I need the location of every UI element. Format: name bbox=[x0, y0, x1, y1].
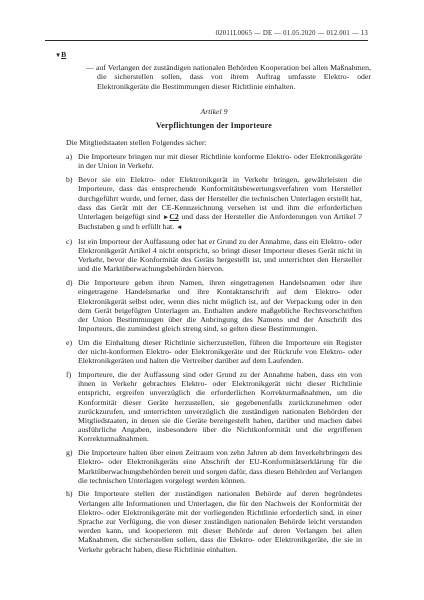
list-item-a: a)Die Importeure bringen nur mit dieser … bbox=[66, 152, 362, 170]
list-item-g: g)Die Importeure halten über einen Zeitr… bbox=[66, 448, 362, 485]
list-item-b: b)Bevor sie ein Elektro- oder Elektronik… bbox=[66, 175, 362, 232]
list-item-c: c)Ist ein Importeur der Auffassung oder … bbox=[66, 237, 362, 274]
b-marker-label: B bbox=[61, 50, 66, 59]
page-header-rule: 02011L0065 — DE — 01.05.2020 — 012.001 —… bbox=[45, 30, 368, 41]
document-page: 02011L0065 — DE — 01.05.2020 — 012.001 —… bbox=[0, 0, 424, 600]
item-text: Die Importeure bringen nur mit dieser Ri… bbox=[78, 152, 362, 170]
item-letter: c) bbox=[66, 237, 72, 246]
list-item-d: d)Die Importeure geben ihren Namen, ihre… bbox=[66, 278, 362, 333]
article-body: Die Mitgliedstaaten stellen Folgendes si… bbox=[66, 138, 362, 554]
dash-bullet: — bbox=[86, 63, 94, 72]
item-letter: d) bbox=[66, 278, 73, 287]
article-number: Artikel 9 bbox=[66, 107, 362, 116]
list-item-e: e)Um die Einhaltung dieser Richtlinie si… bbox=[66, 338, 362, 366]
triangle-down-icon: ▼ bbox=[55, 52, 61, 59]
item-letter: g) bbox=[66, 448, 73, 457]
page-header-text: 02011L0065 — DE — 01.05.2020 — 012.001 —… bbox=[216, 30, 368, 37]
correction-close-icon: ◄ bbox=[176, 224, 182, 231]
b-version-marker: ▼B bbox=[55, 50, 66, 59]
list-item-f: f)Importeure, die der Auffassung sind od… bbox=[66, 370, 362, 444]
item-letter: h) bbox=[66, 489, 73, 498]
correction-code: C2 bbox=[169, 212, 179, 221]
item-text: Importeure, die der Auffassung sind oder… bbox=[78, 370, 362, 443]
item-letter: a) bbox=[66, 152, 72, 161]
item-letter: f) bbox=[66, 370, 71, 379]
continuation-text: auf Verlangen der zuständigen nationalen… bbox=[96, 63, 371, 91]
item-text: Die Importeure geben ihren Namen, ihren … bbox=[78, 278, 362, 333]
item-text: Ist ein Importeur der Auffassung oder ha… bbox=[78, 237, 362, 274]
item-text: Die Importeure halten über einen Zeitrau… bbox=[78, 448, 362, 485]
list-item-h: h)Die Importeure stellen der zuständigen… bbox=[66, 489, 362, 553]
intro-sentence: Die Mitgliedstaaten stellen Folgendes si… bbox=[66, 138, 362, 147]
item-letter: b) bbox=[66, 175, 73, 184]
item-letter: e) bbox=[66, 338, 72, 347]
item-text: Um die Einhaltung dieser Richtlinie sich… bbox=[78, 338, 362, 365]
item-text: Bevor sie ein Elektro- oder Elektronikge… bbox=[78, 175, 362, 231]
item-text: Die Importeure stellen der zuständigen n… bbox=[78, 489, 362, 553]
continuation-list-item: — auf Verlangen der zuständigen national… bbox=[86, 63, 371, 91]
article-title: Verpflichtungen der Importeure bbox=[66, 121, 362, 130]
